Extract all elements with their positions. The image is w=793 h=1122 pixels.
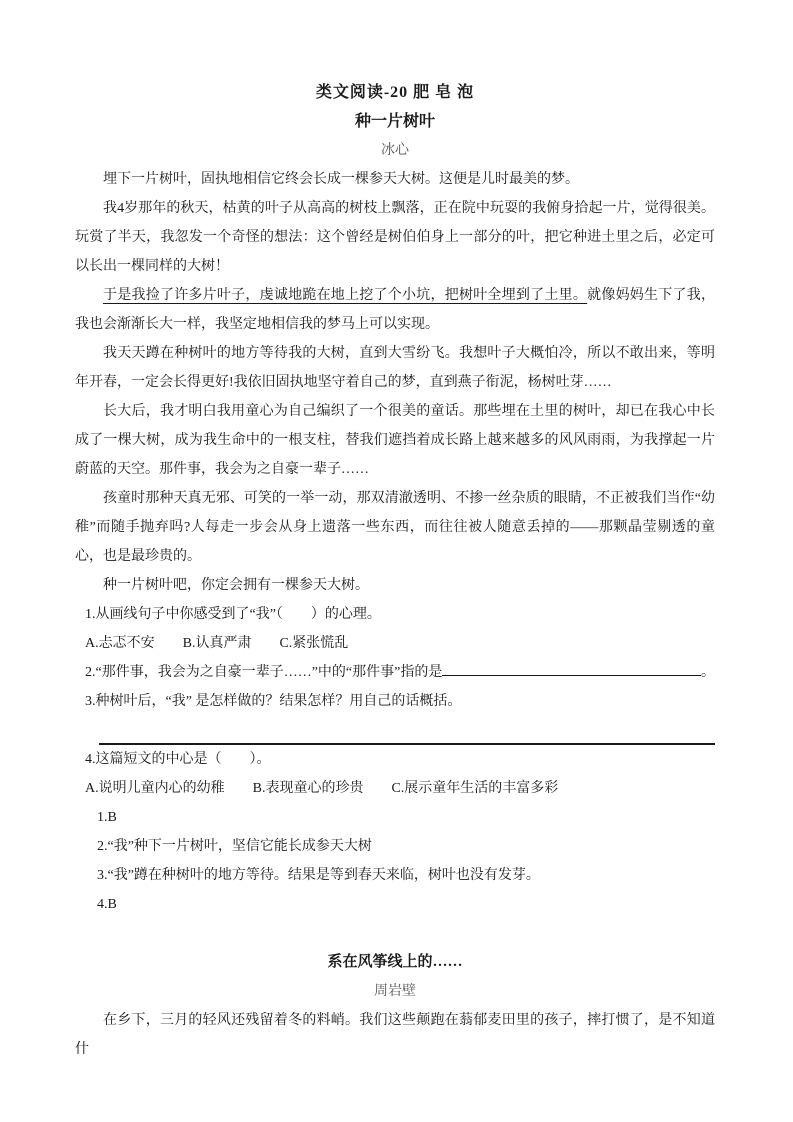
answer-2: 2.“我”种下一片树叶，坚信它能长成参天大树 <box>75 832 715 861</box>
page-content: 类文阅读-20 肥 皂 泡 种一片树叶 冰心 埋下一片树叶，固执地相信它终会长成… <box>0 0 793 1064</box>
question-4-options: A.说明儿童内心的幼稚 B.表现童心的珍贵 C.展示童年生活的丰富多彩 <box>75 774 715 803</box>
answer-4: 4.B <box>75 890 715 919</box>
passage1-paragraph-6: 孩童时那种天真无邪、可笑的一举一动，那双清澈透明、不掺一丝杂质的眼睛，不正被我们… <box>75 484 715 571</box>
passage1-paragraph-2: 我4岁那年的秋天，枯黄的叶子从高高的树枝上飘落，正在院中玩耍的我俯身拾起一片，觉… <box>75 194 715 281</box>
question-2-period: 。 <box>701 658 715 687</box>
question-1: 1.从画线句子中你感受到了“我”（ ）的心理。 <box>75 600 715 629</box>
passage1-paragraph-5: 长大后，我才明白我用童心为自己编织了一个很美的童话。那些埋在土里的树叶，却已在我… <box>75 397 715 484</box>
answer-3: 3.“我”蹲在种树叶的地方等待。结果是等到春天来临，树叶也没有发芽。 <box>75 861 715 890</box>
question-2-text: 2.“那件事，我会为之自豪一辈子……”中的“那件事”指的是 <box>85 658 442 687</box>
passage2-paragraph-1: 在乡下，三月的轻风还残留着冬的料峭。我们这些颠跑在蓊郁麦田里的孩子，摔打惯了，是… <box>75 1006 715 1064</box>
passage2-author: 周岩壁 <box>75 977 715 1006</box>
question-3-answer-blank-line <box>99 716 715 745</box>
question-2-answer-blank <box>442 659 701 676</box>
passage1-paragraph-7: 种一片树叶吧，你定会拥有一棵参天大树。 <box>75 571 715 600</box>
passage1-paragraph-4: 我天天蹲在种树叶的地方等待我的大树，直到大雪纷飞。我想叶子大概怕冷，所以不敢出来… <box>75 339 715 397</box>
question-3: 3.种树叶后，“我” 是怎样做的？结果怎样？用自己的话概括。 <box>75 687 715 716</box>
underlined-sentence: 于是我捡了许多片叶子，虔诚地跪在地上挖了个小坑，把树叶全埋到了土里。 <box>103 288 587 303</box>
passage1-author: 冰心 <box>75 136 715 165</box>
question-4: 4.这篇短文的中心是（ ）。 <box>75 745 715 774</box>
question-2: 2.“那件事，我会为之自豪一辈子……”中的“那件事”指的是 。 <box>75 658 715 687</box>
document-page: 类文阅读-20 肥 皂 泡 种一片树叶 冰心 埋下一片树叶，固执地相信它终会长成… <box>0 0 793 1122</box>
answer-1: 1.B <box>75 803 715 832</box>
passage1-paragraph-1: 埋下一片树叶，固执地相信它终会长成一棵参天大树。这便是儿时最美的梦。 <box>75 165 715 194</box>
passage1-title: 种一片树叶 <box>75 107 715 136</box>
doc-title: 类文阅读-20 肥 皂 泡 <box>75 78 715 107</box>
question-1-options: A.忐忑不安 B.认真严肃 C.紧张慌乱 <box>75 629 715 658</box>
passage1-paragraph-3: 于是我捡了许多片叶子，虔诚地跪在地上挖了个小坑，把树叶全埋到了土里。就像妈妈生下… <box>75 281 715 339</box>
passage2-title: 系在风筝线上的…… <box>75 948 715 977</box>
